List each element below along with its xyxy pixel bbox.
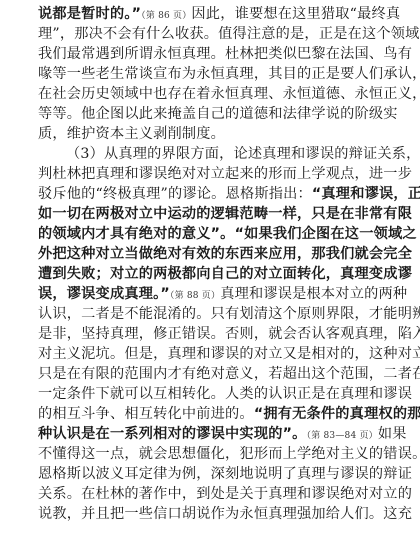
page-reference: （第 83—84 页） [307, 431, 378, 441]
text-line: 质，维护资本主义剥削制度。 [38, 124, 390, 144]
text-line: 认识，二者是不能混淆的。只有划清这个原则界限，才能明辨 [38, 304, 390, 324]
quoted-text: 说都是暂时的。” [38, 6, 141, 22]
text-line: 的相互斗争、相互转化中前进的。“拥有无条件的真理权的那 [38, 404, 390, 424]
quoted-text: 种认识是在一系列相对的谬误中实现的”。 [38, 426, 307, 442]
text-line: 恩格斯以波义耳定律为例，深刻地说明了真理与谬误的辩证 [38, 464, 390, 484]
body-text: 在社会历史领域中也存在着永恒真理、永恒道德、永恒正义， [38, 86, 420, 102]
text-line: 的领域内才具有绝对的意义”。“如果我们企图在这一领域之 [38, 224, 390, 244]
text-line: 误，谬误变成真理。”（第 88 页）真理和谬误是根本对立的两种 [38, 284, 390, 304]
text-line: 说教，并且把一些信口胡说作为永恒真理强加给人们。这充 [38, 504, 390, 524]
page-reference: （第 86 页） [141, 11, 191, 21]
text-line: 喙等一些老生常谈宣布为永恒真理，其目的正是要人们承认， [38, 64, 390, 84]
body-text: 质，维护资本主义剥削制度。 [38, 126, 225, 142]
text-line: 不懂得这一点，就会思想僵化，犯形而上学绝对主义的错误。 [38, 444, 390, 464]
text-line: 判杜林把真理和谬误绝对对立起来的形而上学观点，进一步 [38, 164, 390, 184]
quoted-text: 如一切在两极对立中运动的逻辑范畴一样，只是在非常有限 [38, 206, 412, 222]
text-line: 遭到失败；对立的两极都向自己的对立面转化，真理变成谬 [38, 264, 390, 284]
quoted-text: 误，谬误变成真理。” [38, 286, 170, 302]
body-text: 只是在有限的范围内才有绝对意义，若超出这个范围，二者在 [38, 366, 420, 382]
text-line: 对主义泥坑。但是，真理和谬误的对立又是相对的，这种对立 [38, 344, 390, 364]
body-text: 等等。他企图以此来掩盖自己的道德和法律学说的阶级实 [38, 106, 398, 122]
quoted-text: 的领域内才具有绝对的意义”。“如果我们企图在这一领域之 [38, 226, 417, 242]
document-page: 说都是暂时的。”（第 86 页）因此，谁要想在这里猎取“最终真理”，那决不会有什… [38, 4, 390, 524]
body-text: 喙等一些老生常谈宣布为永恒真理，其目的正是要人们承认， [38, 66, 420, 82]
body-text: 因此，谁要想在这里猎取“最终真 [191, 6, 400, 22]
body-text: （3）从真理的界限方面，论述真理和谬误的辩证关系，批 [66, 146, 420, 162]
body-text: 说教，并且把一些信口胡说作为永恒真理强加给人们。这充 [38, 506, 412, 522]
text-line: （3）从真理的界限方面，论述真理和谬误的辩证关系，批 [38, 144, 390, 164]
quoted-text: 外把这种对立当做绝对有效的东西来应用，那我们就会完全 [38, 246, 412, 262]
body-text: 认识，二者是不能混淆的。只有划清这个原则界限，才能明辨 [38, 306, 420, 322]
body-text: 恩格斯以波义耳定律为例，深刻地说明了真理与谬误的辩证 [38, 466, 412, 482]
body-text: 关系。在杜林的著作中，到处是关于真理和谬误绝对对立的 [38, 486, 412, 502]
text-line: 在社会历史领域中也存在着永恒真理、永恒道德、永恒正义， [38, 84, 390, 104]
text-line: 如一切在两极对立中运动的逻辑范畴一样，只是在非常有限 [38, 204, 390, 224]
body-text: 如果 [378, 426, 407, 442]
body-text: 驳斥他的“终极真理”的谬论。恩格斯指出： [38, 186, 312, 202]
page-reference: （第 88 页） [170, 291, 220, 301]
text-line: 说都是暂时的。”（第 86 页）因此，谁要想在这里猎取“最终真 [38, 4, 390, 24]
text-line: 我们最常遇到所谓永恒真理。杜林把类似巴黎在法国、鸟有 [38, 44, 390, 64]
text-line: 种认识是在一系列相对的谬误中实现的”。（第 83—84 页）如果 [38, 424, 390, 444]
text-line: 关系。在杜林的著作中，到处是关于真理和谬误绝对对立的 [38, 484, 390, 504]
text-line: 外把这种对立当做绝对有效的东西来应用，那我们就会完全 [38, 244, 390, 264]
body-text: 我们最常遇到所谓永恒真理。杜林把类似巴黎在法国、鸟有 [38, 46, 412, 62]
text-line: 等等。他企图以此来掩盖自己的道德和法律学说的阶级实 [38, 104, 390, 124]
quoted-text: “拥有无条件的真理权的那 [254, 406, 420, 422]
text-line: 一定条件下就可以互相转化。人类的认识正是在真理和谬误 [38, 384, 390, 404]
text-line: 理”，那决不会有什么收获。值得注意的是，正是在这个领域， [38, 24, 390, 44]
body-text: 不懂得这一点，就会思想僵化，犯形而上学绝对主义的错误。 [38, 446, 420, 462]
quoted-text: “真理和谬误，正 [312, 186, 420, 202]
body-text: 判杜林把真理和谬误绝对对立起来的形而上学观点，进一步 [38, 166, 412, 182]
text-line: 是非，坚持真理，修正错误。否则，就会否认客观真理，陷入相 [38, 324, 390, 344]
body-text: 的相互斗争、相互转化中前进的。 [38, 406, 254, 422]
text-line: 驳斥他的“终极真理”的谬论。恩格斯指出：“真理和谬误，正 [38, 184, 390, 204]
body-text: 一定条件下就可以互相转化。人类的认识正是在真理和谬误 [38, 386, 412, 402]
body-text: 是非，坚持真理，修正错误。否则，就会否认客观真理，陷入相 [38, 326, 420, 342]
text-line: 只是在有限的范围内才有绝对意义，若超出这个范围，二者在 [38, 364, 390, 384]
body-text: 真理和谬误是根本对立的两种 [220, 286, 407, 302]
quoted-text: 遭到失败；对立的两极都向自己的对立面转化，真理变成谬 [38, 266, 412, 282]
body-text: 对主义泥坑。但是，真理和谬误的对立又是相对的，这种对立 [38, 346, 420, 362]
body-text: 理”，那决不会有什么收获。值得注意的是，正是在这个领域， [38, 26, 420, 42]
